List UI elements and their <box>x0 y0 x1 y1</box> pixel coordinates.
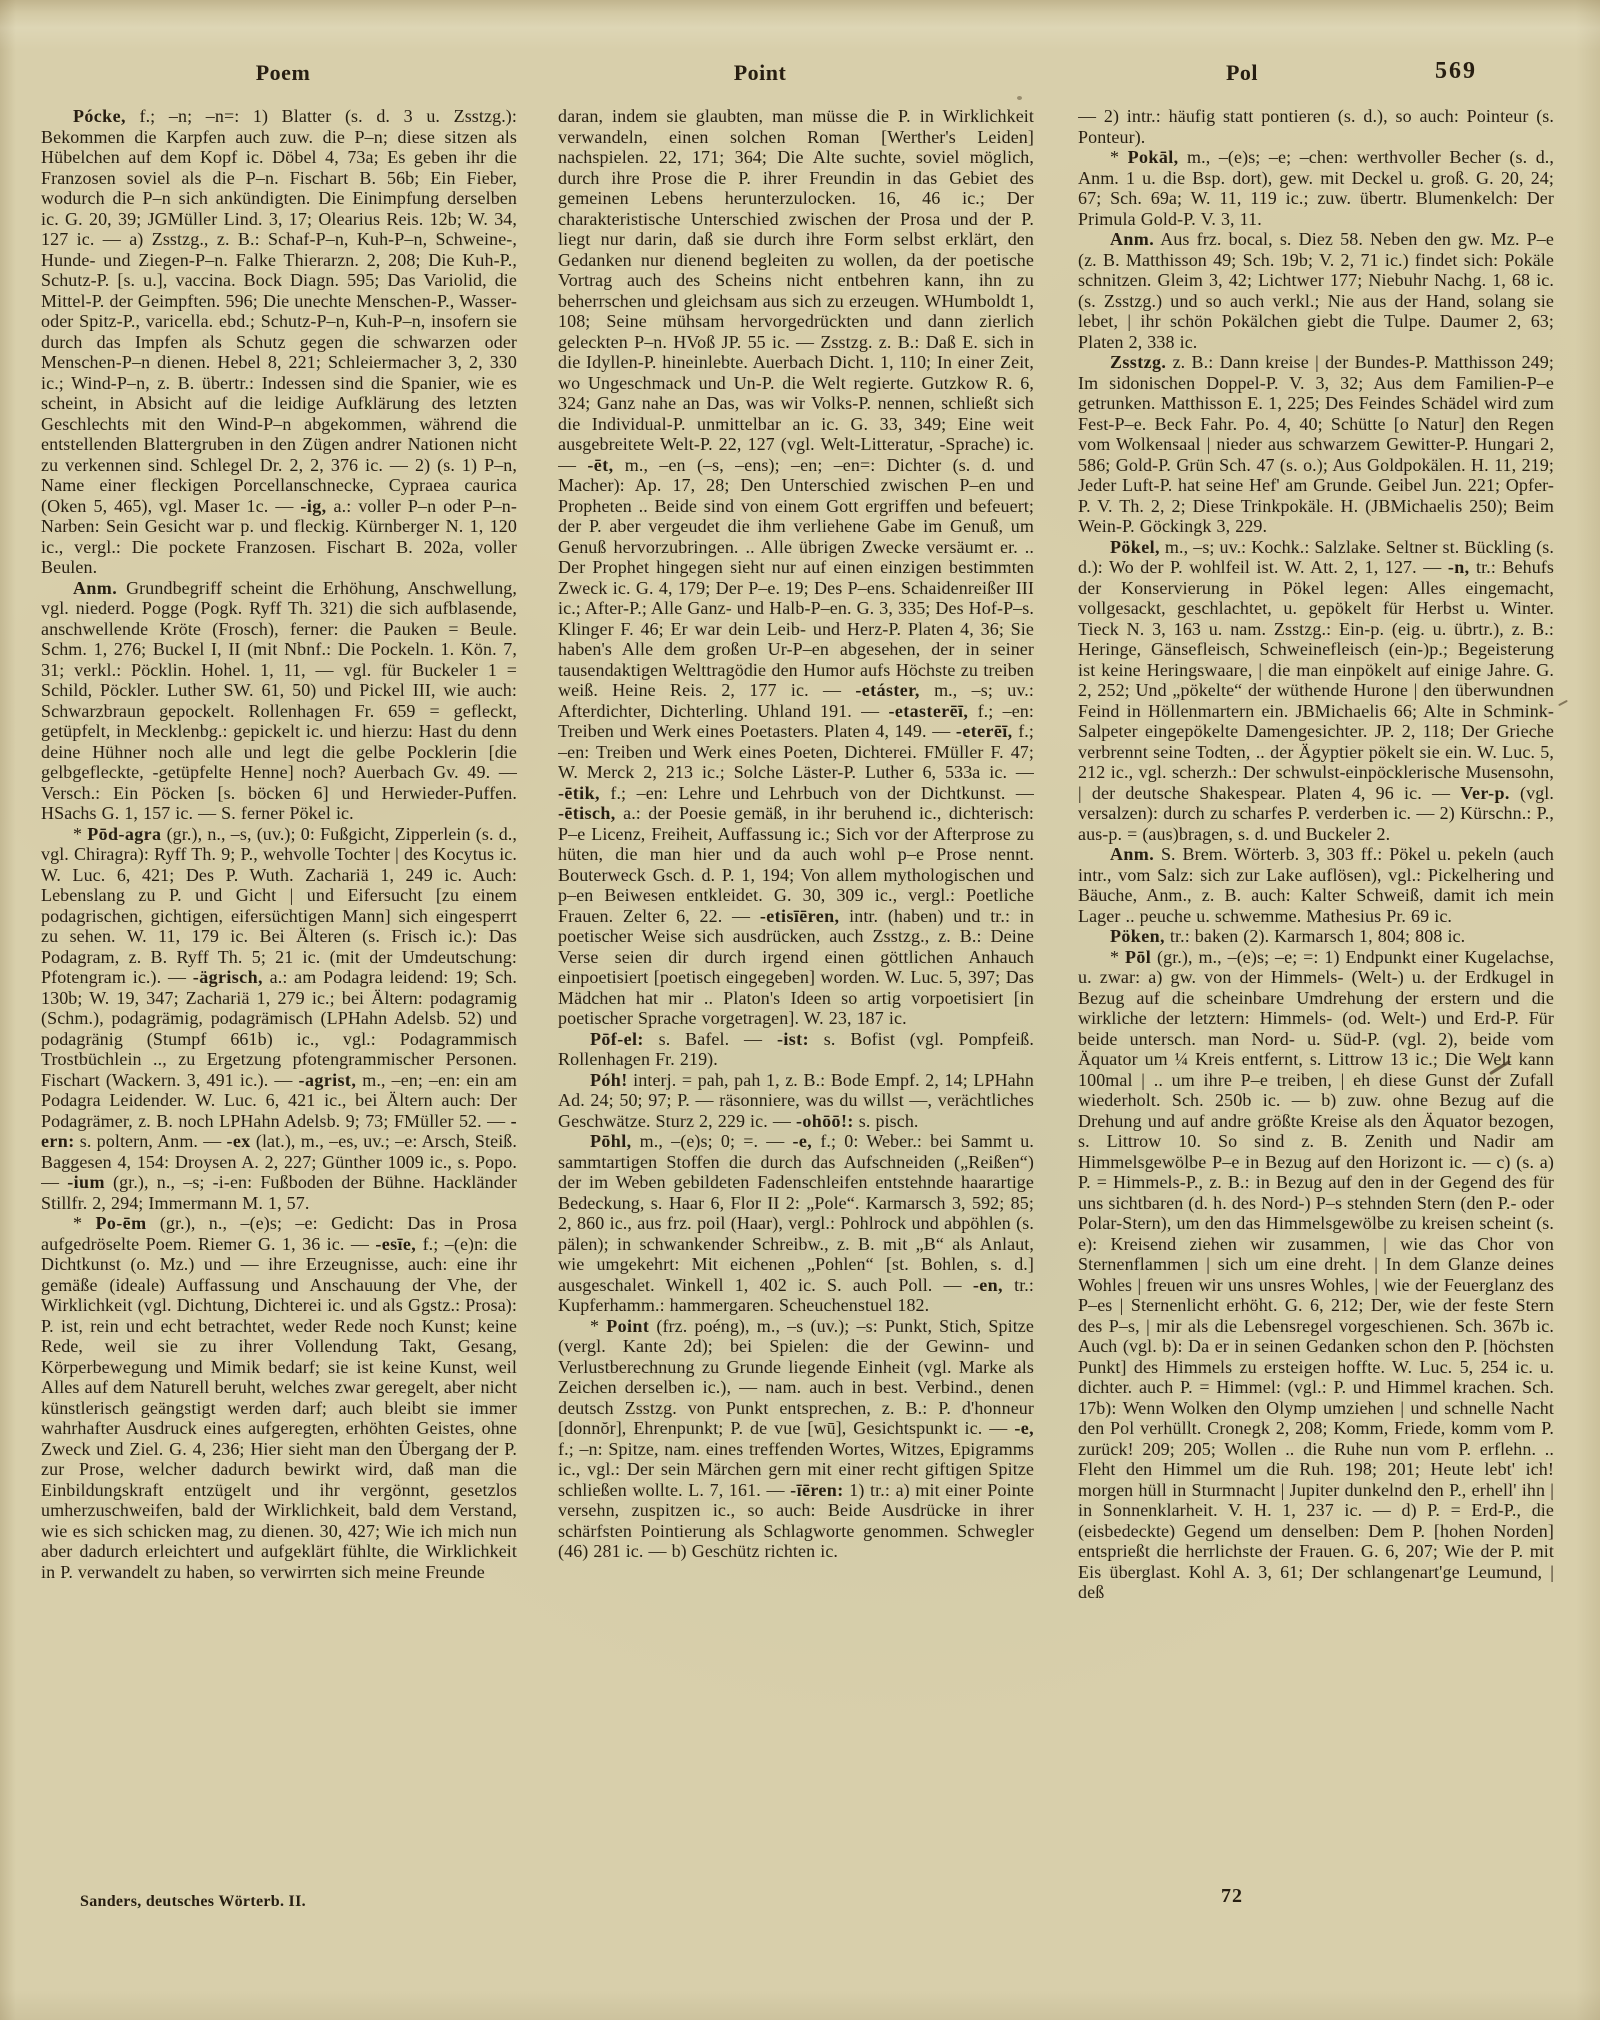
entry-paragraph: * Point (frz. poéng), m., –s (uv.); –s: … <box>558 1316 1034 1562</box>
entry-paragraph: * Pōd-agra (gr.), n., –s, (uv.); 0: Fußg… <box>41 824 517 1214</box>
entry-paragraph: — 2) intr.: häufig statt pontieren (s. d… <box>1078 106 1554 147</box>
entry-paragraph: Pōf-el: s. Bafel. — -ist: s. Bofist (vgl… <box>558 1029 1034 1070</box>
sheet-number: 72 <box>1221 1885 1243 1908</box>
entry-paragraph: Zsstzg. z. B.: Dann kreise | der Bundes-… <box>1078 352 1554 537</box>
entry-paragraph: * Pōl (gr.), m., –(e)s; –e; =: 1) Endpun… <box>1078 947 1554 1603</box>
entry-paragraph: Pöken, tr.: baken (2). Karmarsch 1, 804;… <box>1078 926 1554 947</box>
guide-word-right: Pol <box>1226 60 1258 86</box>
text-column-middle: daran, indem sie glaubten, man müsse die… <box>558 106 1034 1888</box>
guide-word-left: Poem <box>256 60 311 86</box>
entry-paragraph: Pócke, f.; –n; –n=: 1) Blatter (s. d. 3 … <box>41 106 517 578</box>
volume-signature: Sanders, deutsches Wörterb. II. <box>80 1893 306 1911</box>
ink-fleck-mark <box>1558 700 1568 706</box>
page-number: 569 <box>1435 58 1477 85</box>
dictionary-page: Poem Point Pol 569 Pócke, f.; –n; –n=: 1… <box>0 0 1600 2020</box>
entry-paragraph: Póh! interj. = pah, pah 1, z. B.: Bode E… <box>558 1070 1034 1132</box>
entry-paragraph: * Po-ēm (gr.), n., –(e)s; –e: Gedicht: D… <box>41 1213 517 1582</box>
entry-paragraph: Anm. Aus frz. bocal, s. Diez 58. Neben d… <box>1078 229 1554 352</box>
text-column-right: — 2) intr.: häufig statt pontieren (s. d… <box>1078 106 1554 1888</box>
text-column-left: Pócke, f.; –n; –n=: 1) Blatter (s. d. 3 … <box>41 106 517 1888</box>
entry-paragraph: Pōhl, m., –(e)s; 0; =. — -e, f.; 0: Webe… <box>558 1131 1034 1316</box>
entry-paragraph: daran, indem sie glaubten, man müsse die… <box>558 106 1034 1029</box>
guide-word-center: Point <box>734 60 787 86</box>
entry-paragraph: Pökel, m., –s; uv.: Kochk.: Salzlake. Se… <box>1078 537 1554 845</box>
ink-dot-mark <box>1017 96 1022 100</box>
entry-paragraph: Anm. S. Brem. Wörterb. 3, 303 ff.: Pökel… <box>1078 844 1554 926</box>
entry-paragraph: Anm. Grundbegriff scheint die Erhöhung, … <box>41 578 517 824</box>
entry-paragraph: * Pokāl, m., –(e)s; –e; –chen: werthvoll… <box>1078 147 1554 229</box>
